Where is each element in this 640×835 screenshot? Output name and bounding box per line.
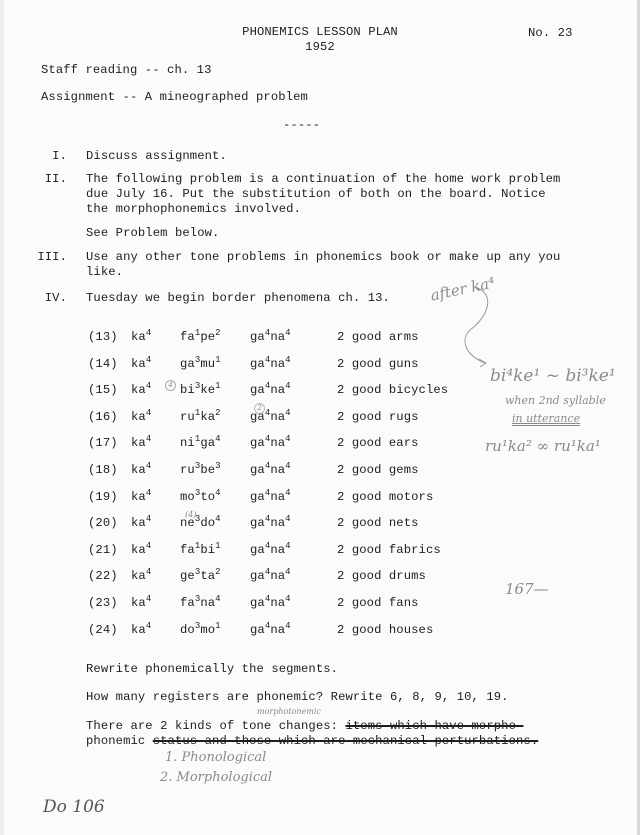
syllable: mo1 <box>200 623 220 637</box>
syllable: ga4 <box>250 543 270 557</box>
adjective-gana: ga4na4 <box>250 543 291 557</box>
gloss: 2 good guns <box>337 357 419 371</box>
numeral-ka: ka4 <box>131 516 151 530</box>
numeral-ka: ka4 <box>131 569 151 583</box>
handwritten-morphotonemic: morphotonemic <box>257 707 321 716</box>
syllable: ka4 <box>131 357 151 371</box>
noun-word: do3mo1 <box>180 623 221 637</box>
outline-item-text: Discuss assignment. <box>86 149 227 164</box>
syllable: ka4 <box>131 410 151 424</box>
outline-line: Tuesday we begin border phenomena ch. 13… <box>86 291 390 306</box>
gloss: 2 good arms <box>337 330 419 344</box>
syllable: ka4 <box>131 516 151 530</box>
numeral-ka: ka4 <box>131 330 151 344</box>
noun-word: ge3ta2 <box>180 569 221 583</box>
syllable: ta2 <box>200 569 220 583</box>
problem-number: (22) <box>88 569 118 583</box>
syllable: ge3 <box>180 569 200 583</box>
adjective-gana: ga4na4 <box>250 463 291 477</box>
problem-number: (16) <box>88 410 118 424</box>
syllable: ka4 <box>131 330 151 344</box>
syllable: ga4 <box>250 623 270 637</box>
outline-numeral: III. <box>27 250 67 264</box>
syllable: ga4 <box>250 463 270 477</box>
outline-item-text: The following problem is a continuation … <box>86 172 560 217</box>
syllable: na4 <box>270 516 290 530</box>
numeral-ka: ka4 <box>131 436 151 450</box>
handwritten-when-2nd: when 2nd syllable <box>505 394 606 407</box>
handwritten-circled-4: 4 <box>165 380 176 391</box>
syllable: ka4 <box>131 569 151 583</box>
gloss: 2 good houses <box>337 623 433 637</box>
syllable: ka4 <box>131 463 151 477</box>
problem-row: (24)ka4do3mo1ga4na42 good houses <box>0 623 640 643</box>
syllable: fa1 <box>180 330 200 344</box>
noun-word: fa1pe2 <box>180 330 221 344</box>
document-page: PHONEMICS LESSON PLAN 1952 No. 23 Staff … <box>0 0 640 835</box>
syllable: be3 <box>200 463 220 477</box>
outline-numeral: IV. <box>27 291 67 305</box>
numeral-ka: ka4 <box>131 623 151 637</box>
outline-numeral: I. <box>27 149 67 163</box>
gloss: 2 good motors <box>337 490 433 504</box>
problem-number: (13) <box>88 330 118 344</box>
syllable: bi3 <box>180 383 200 397</box>
handwritten-arrow-icon <box>455 285 495 370</box>
numeral-ka: ka4 <box>131 463 151 477</box>
separator: ----- <box>283 118 320 132</box>
syllable: ga4 <box>250 436 270 450</box>
handwritten-list-2: 2. Morphological <box>160 770 272 785</box>
syllable: fa3 <box>180 596 200 610</box>
problem-number: (15) <box>88 383 118 397</box>
problem-number: (21) <box>88 543 118 557</box>
handwritten-biken: bi⁴ke¹ ~ bi³ke¹ <box>490 366 616 386</box>
syllable: ga4 <box>250 490 270 504</box>
tone-line2: phonemic <box>86 734 153 748</box>
problem-number: (23) <box>88 596 118 610</box>
gloss: 2 good ears <box>337 436 419 450</box>
syllable: ka4 <box>131 383 151 397</box>
gloss: 2 good bicycles <box>337 383 448 397</box>
handwritten-list-1: 1. Phonological <box>165 750 266 765</box>
handwritten-ruka: ru¹ka² ∞ ru¹ka¹ <box>485 437 601 455</box>
syllable: pe2 <box>200 330 220 344</box>
assignment-line: Assignment -- A mineographed problem <box>41 90 308 104</box>
syllable: na4 <box>270 623 290 637</box>
syllable: na4 <box>270 410 290 424</box>
syllable: mu1 <box>200 357 220 371</box>
outline-item-text: Tuesday we begin border phenomena ch. 13… <box>86 291 390 306</box>
syllable: ke1 <box>200 383 220 397</box>
handwritten-circled-2: 2 <box>254 403 265 414</box>
gloss: 2 good fans <box>337 596 419 610</box>
syllable: ru3 <box>180 463 200 477</box>
problem-number: (14) <box>88 357 118 371</box>
syllable: do3 <box>180 623 200 637</box>
syllable: ka4 <box>131 436 151 450</box>
staff-reading: Staff reading -- ch. 13 <box>41 63 212 77</box>
handwritten-page-mark: Do 106 <box>43 797 105 817</box>
numeral-ka: ka4 <box>131 357 151 371</box>
syllable: mo3 <box>180 490 200 504</box>
problem-number: (19) <box>88 490 118 504</box>
adjective-gana: ga4na4 <box>250 436 291 450</box>
gloss: 2 good drums <box>337 569 426 583</box>
numeral-ka: ka4 <box>131 410 151 424</box>
syllable: ka4 <box>131 543 151 557</box>
syllable: ka2 <box>200 410 220 424</box>
problem-row: (18)ka4ru3be3ga4na42 good gems <box>0 463 640 483</box>
problem-row: (21)ka4fa1bi1ga4na42 good fabrics <box>0 543 640 563</box>
syllable: na4 <box>270 463 290 477</box>
syllable: ka4 <box>131 490 151 504</box>
numeral-ka: ka4 <box>131 490 151 504</box>
adjective-gana: ga4na4 <box>250 383 291 397</box>
tone-intro: There are 2 kinds of tone changes: <box>86 719 345 733</box>
problem-number: (17) <box>88 436 118 450</box>
syllable: na4 <box>270 383 290 397</box>
outline-line: Discuss assignment. <box>86 149 227 164</box>
problem-row: (19)ka4mo3to4ga4na42 good motors <box>0 490 640 510</box>
tone-changes-text: There are 2 kinds of tone changes: items… <box>86 719 538 749</box>
syllable: to4 <box>200 490 220 504</box>
problem-row: (13)ka4fa1pe2ga4na42 good arms <box>0 330 640 350</box>
noun-word: ru3be3 <box>180 463 221 477</box>
syllable: ga4 <box>250 516 270 530</box>
adjective-gana: ga4na4 <box>250 516 291 530</box>
noun-word: mo3to4 <box>180 490 221 504</box>
outline-note: See Problem below. <box>86 226 219 240</box>
syllable: na4 <box>270 436 290 450</box>
syllable: na4 <box>270 569 290 583</box>
syllable: ga4 <box>200 436 220 450</box>
gloss: 2 good fabrics <box>337 543 441 557</box>
title-year: 1952 <box>0 40 640 55</box>
adjective-gana: ga4na4 <box>250 623 291 637</box>
adjective-gana: ga4na4 <box>250 357 291 371</box>
syllable: bi1 <box>200 543 220 557</box>
struck-text-1: items which have morpho- <box>345 719 523 733</box>
problem-row: (20)ka4ne3do4ga4na42 good nets <box>0 516 640 536</box>
document-number: No. 23 <box>528 26 572 40</box>
syllable: na4 <box>270 490 290 504</box>
syllable: ga4 <box>250 330 270 344</box>
syllable: ga3 <box>180 357 200 371</box>
syllable: ga4 <box>250 357 270 371</box>
syllable: ka4 <box>131 623 151 637</box>
syllable: na4 <box>200 596 220 610</box>
syllable: ka4 <box>131 596 151 610</box>
outline-line: Use any other tone problems in phonemics… <box>86 250 560 265</box>
syllable: na4 <box>270 330 290 344</box>
syllable: fa1 <box>180 543 200 557</box>
noun-word: ru1ka2 <box>180 410 221 424</box>
syllable: ga4 <box>250 596 270 610</box>
adjective-gana: ga4na4 <box>250 490 291 504</box>
numeral-ka: ka4 <box>131 543 151 557</box>
gloss: 2 good rugs <box>337 410 419 424</box>
noun-word: bi3ke1 <box>180 383 221 397</box>
noun-word: ga3mu1 <box>180 357 221 371</box>
noun-word: fa3na4 <box>180 596 221 610</box>
syllable: ga4 <box>250 569 270 583</box>
gloss: 2 good nets <box>337 516 419 530</box>
handwritten-in-utterance: in utterance <box>512 412 580 425</box>
registers-question: How many registers are phonemic? Rewrite… <box>86 690 509 704</box>
rewrite-instruction: Rewrite phonemically the segments. <box>86 662 338 676</box>
outline-line: the morphophonemics involved. <box>86 202 560 217</box>
syllable: ru1 <box>180 410 200 424</box>
numeral-ka: ka4 <box>131 383 151 397</box>
syllable: na4 <box>270 596 290 610</box>
adjective-gana: ga4na4 <box>250 569 291 583</box>
outline-line: The following problem is a continuation … <box>86 172 560 187</box>
handwritten-paren-4: (4) <box>185 510 196 519</box>
syllable: na4 <box>270 357 290 371</box>
adjective-gana: ga4na4 <box>250 596 291 610</box>
problem-number: (24) <box>88 623 118 637</box>
syllable: ga4 <box>250 383 270 397</box>
noun-word: ni1ga4 <box>180 436 221 450</box>
numeral-ka: ka4 <box>131 596 151 610</box>
problem-number: (20) <box>88 516 118 530</box>
outline-line: due July 16. Put the substitution of bot… <box>86 187 560 202</box>
handwritten-167: 167— <box>505 580 549 598</box>
syllable: ni1 <box>180 436 200 450</box>
syllable: do4 <box>200 516 220 530</box>
struck-text-2: status and those which are mechanical pe… <box>153 734 539 748</box>
noun-word: fa1bi1 <box>180 543 221 557</box>
adjective-gana: ga4na4 <box>250 330 291 344</box>
syllable: na4 <box>270 543 290 557</box>
outline-numeral: II. <box>27 172 67 186</box>
problem-number: (18) <box>88 463 118 477</box>
problem-row: (23)ka4fa3na4ga4na42 good fans <box>0 596 640 616</box>
gloss: 2 good gems <box>337 463 419 477</box>
